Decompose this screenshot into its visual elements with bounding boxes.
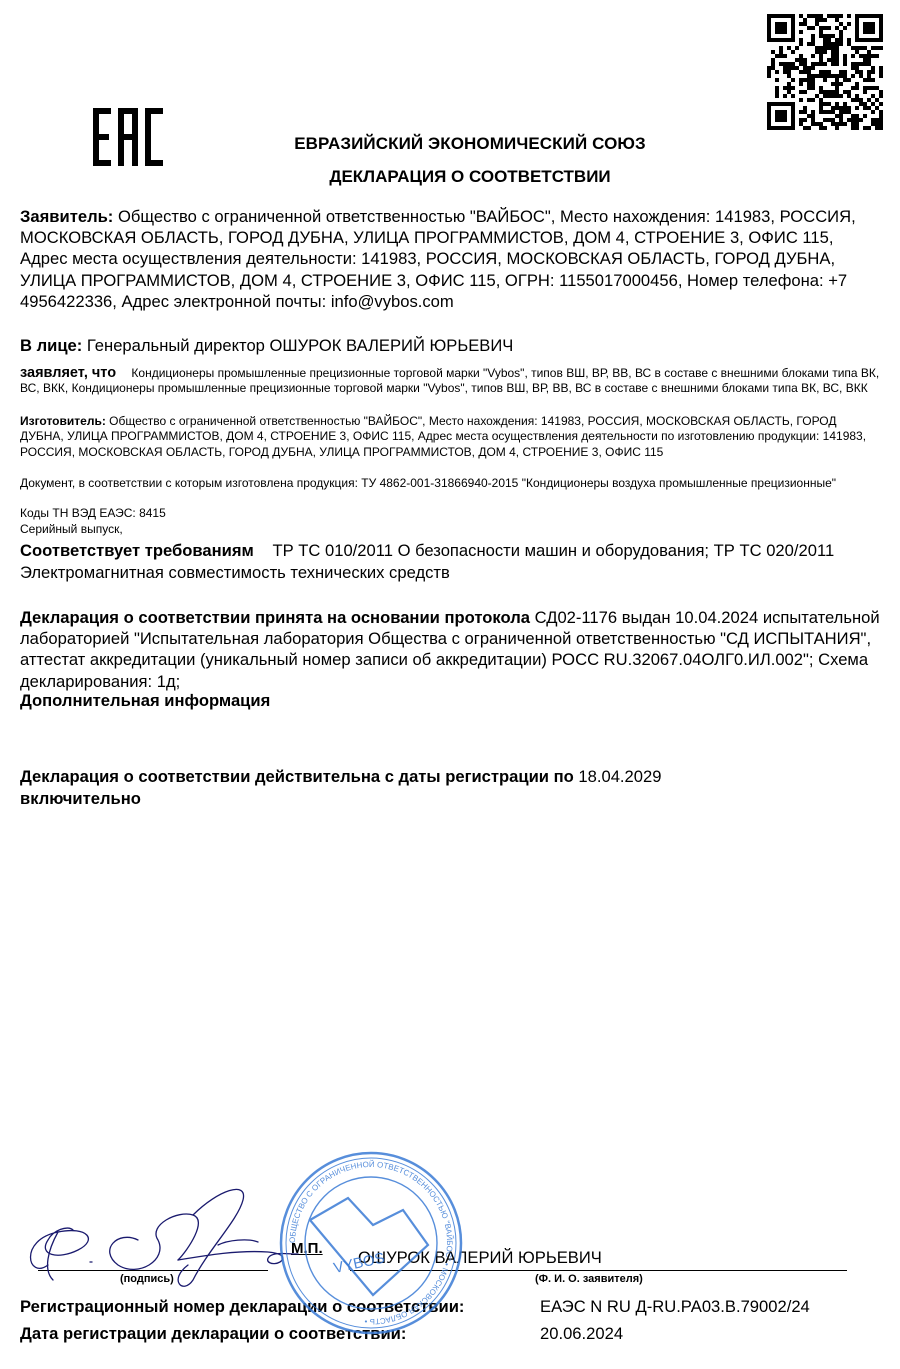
registration-date-label: Дата регистрации декларации о соответств… <box>20 1324 406 1344</box>
applicant-label: Заявитель: <box>20 207 113 226</box>
document-title: ДЕКЛАРАЦИЯ О СООТВЕТСТВИИ <box>0 167 900 187</box>
validity-tail: включительно <box>20 789 141 808</box>
additional-info-heading: Дополнительная информация <box>20 691 270 711</box>
declares-label: заявляет, что <box>20 365 116 381</box>
registration-date: 20.06.2024 <box>540 1324 623 1344</box>
conformity-label: Соответствует требованиям <box>20 541 254 560</box>
seal-place-label: М.П. <box>291 1240 323 1257</box>
applicant-text: Общество с ограниченной ответственностью… <box>20 207 856 311</box>
protocol-label: Декларация о соответствии принята на осн… <box>20 608 530 627</box>
validity-date: 18.04.2029 <box>578 767 661 786</box>
representative-block: В лице: Генеральный директор ОШУРОК ВАЛЕ… <box>20 336 880 356</box>
serial-production: Серийный выпуск, <box>20 522 123 536</box>
conformity-block: Соответствует требованиям ТР ТС 010/2011… <box>20 540 880 583</box>
registration-number-label: Регистрационный номер декларации о соотв… <box>20 1297 464 1317</box>
manufacturer-text: Общество с ограниченной ответственностью… <box>20 414 866 459</box>
applicant-block: Заявитель: Общество с ограниченной ответ… <box>20 206 880 312</box>
signature-caption: (подпись) <box>120 1273 174 1285</box>
customs-codes: Коды ТН ВЭД ЕАЭС: 8415 <box>20 506 166 520</box>
representative-label: В лице: <box>20 336 82 355</box>
protocol-block: Декларация о соответствии принята на осн… <box>20 607 880 692</box>
qr-code-icon[interactable] <box>767 14 883 130</box>
validity-block: Декларация о соответствии действительна … <box>20 766 880 809</box>
representative-text: Генеральный директор ОШУРОК ВАЛЕРИЙ ЮРЬЕ… <box>87 336 513 355</box>
name-line <box>350 1270 847 1271</box>
declares-text: Кондиционеры промышленные прецизионные т… <box>20 366 879 395</box>
manufacturer-label: Изготовитель: <box>20 414 106 428</box>
validity-label: Декларация о соответствии действительна … <box>20 767 574 786</box>
manufacturer-block: Изготовитель: Общество с ограниченной от… <box>20 414 880 460</box>
name-caption: (Ф. И. О. заявителя) <box>535 1273 643 1285</box>
signer-name: ОШУРОК ВАЛЕРИЙ ЮРЬЕВИЧ <box>358 1248 602 1268</box>
registration-number: ЕАЭС N RU Д-RU.РА03.В.79002/24 <box>540 1297 810 1317</box>
declares-block: заявляет, что Кондиционеры промышленные … <box>20 366 880 397</box>
signature-line <box>38 1270 268 1271</box>
production-document: Документ, в соответствии с которым изгот… <box>20 476 880 491</box>
union-heading: ЕВРАЗИЙСКИЙ ЭКОНОМИЧЕСКИЙ СОЮЗ <box>0 134 900 154</box>
